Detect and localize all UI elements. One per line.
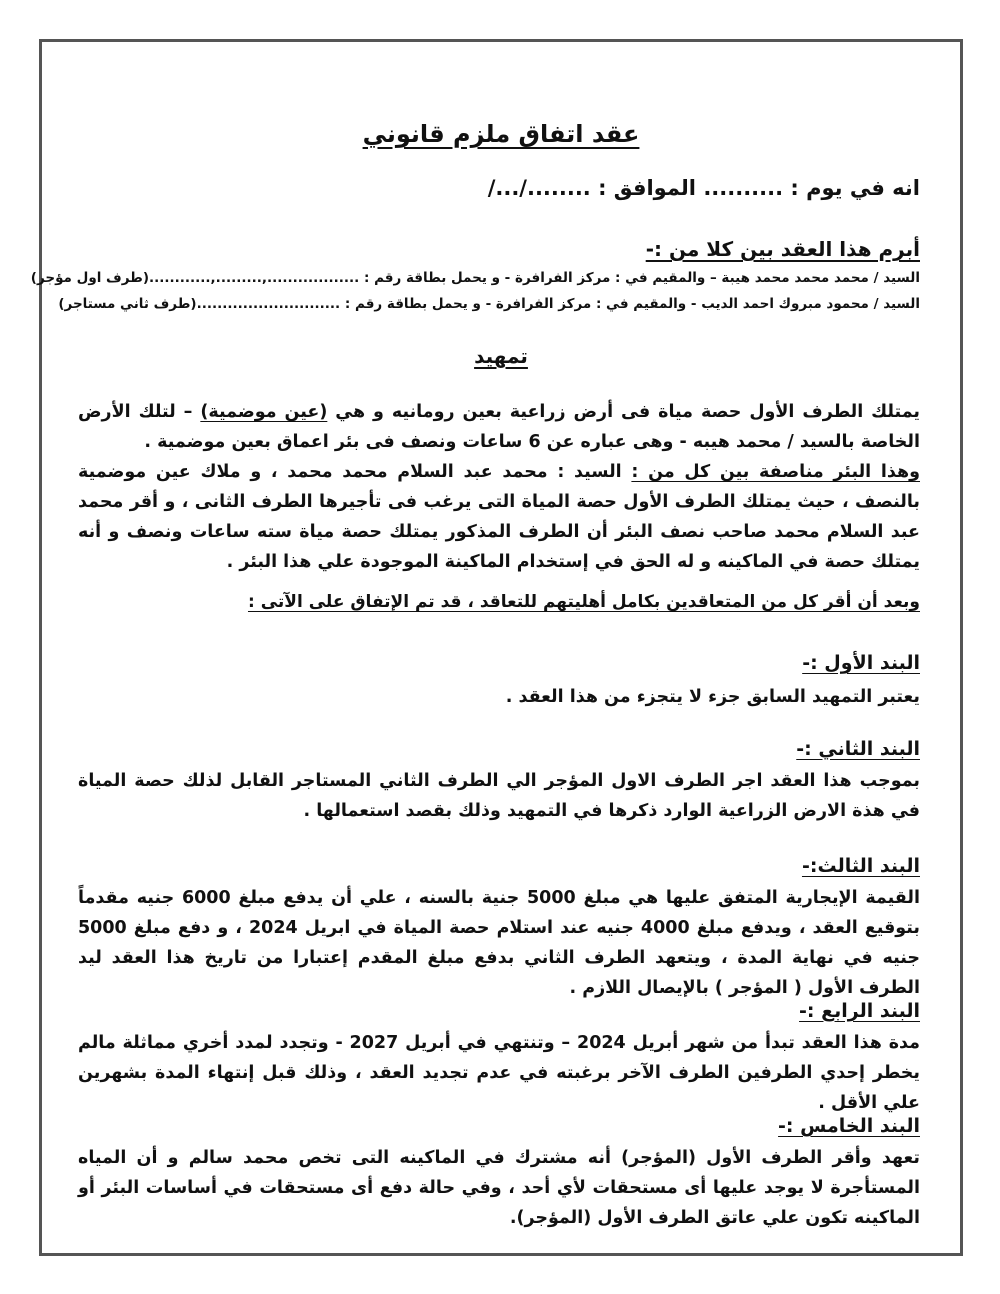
party-first-lessor: السيد / محمد محمد محمد هيبة – والمقيم في… xyxy=(72,270,920,286)
preamble-p2-underlined: وهذا البئر مناصفة بين كل من : xyxy=(631,462,920,482)
clause-4-heading: البند الرابع :- xyxy=(72,1000,920,1022)
party-second-lessee: السيد / محمود مبروك احمد الديب - والمقيم… xyxy=(72,296,920,312)
clause-1-body: يعتبر التمهيد السابق جزء لا يتجزء من هذا… xyxy=(78,682,920,712)
clause-3-body: القيمة الإيجارية المتفق عليها هي مبلغ 50… xyxy=(78,883,920,1003)
party-second-role: (طرف ثاني مستاجر) xyxy=(58,296,196,312)
clause-2-body: بموجب هذا العقد اجر الطرف الاول المؤجر ا… xyxy=(78,766,920,826)
preamble-paragraph-2: وهذا البئر مناصفة بين كل من : السيد : مح… xyxy=(78,457,920,577)
parties-heading: أبرم هذا العقد بين كلا من :- xyxy=(72,237,920,261)
clause-5-body: تعهد وأقر الطرف الأول (المؤجر) أنه مشترك… xyxy=(78,1143,920,1233)
agreement-line: وبعد أن أقر كل من المتعاقدين بكامل أهليت… xyxy=(72,592,920,612)
preamble-paragraph-1: يمتلك الطرف الأول حصة مياة فى أرض زراعية… xyxy=(78,397,920,457)
clause-5-heading: البند الخامس :- xyxy=(72,1115,920,1137)
preamble-p1-text: يمتلك الطرف الأول حصة مياة فى أرض زراعية… xyxy=(327,402,920,422)
clause-2-heading: البند الثاني :- xyxy=(72,738,920,760)
clause-1-heading: البند الأول :- xyxy=(72,652,920,674)
date-line: انه في يوم : .......... الموافق : ......… xyxy=(72,176,920,200)
clause-4-body: مدة هذا العقد تبدأ من شهر أبريل 2024 – و… xyxy=(78,1028,920,1118)
preamble-p1-underlined: (عين موضمية) xyxy=(200,402,327,422)
party-first-role: (طرف اول مؤجر) xyxy=(31,270,149,286)
contract-title: عقد اتفاق ملزم قانوني xyxy=(42,120,960,148)
party-second-details: السيد / محمود مبروك احمد الديب - والمقيم… xyxy=(197,296,920,312)
contract-page: عقد اتفاق ملزم قانوني انه في يوم : .....… xyxy=(42,42,960,1253)
party-first-details: السيد / محمد محمد محمد هيبة – والمقيم في… xyxy=(149,270,920,286)
document-frame: عقد اتفاق ملزم قانوني انه في يوم : .....… xyxy=(39,39,963,1256)
clause-3-heading: البند الثالث:- xyxy=(72,855,920,877)
preamble-heading: تمهيد xyxy=(42,344,960,368)
